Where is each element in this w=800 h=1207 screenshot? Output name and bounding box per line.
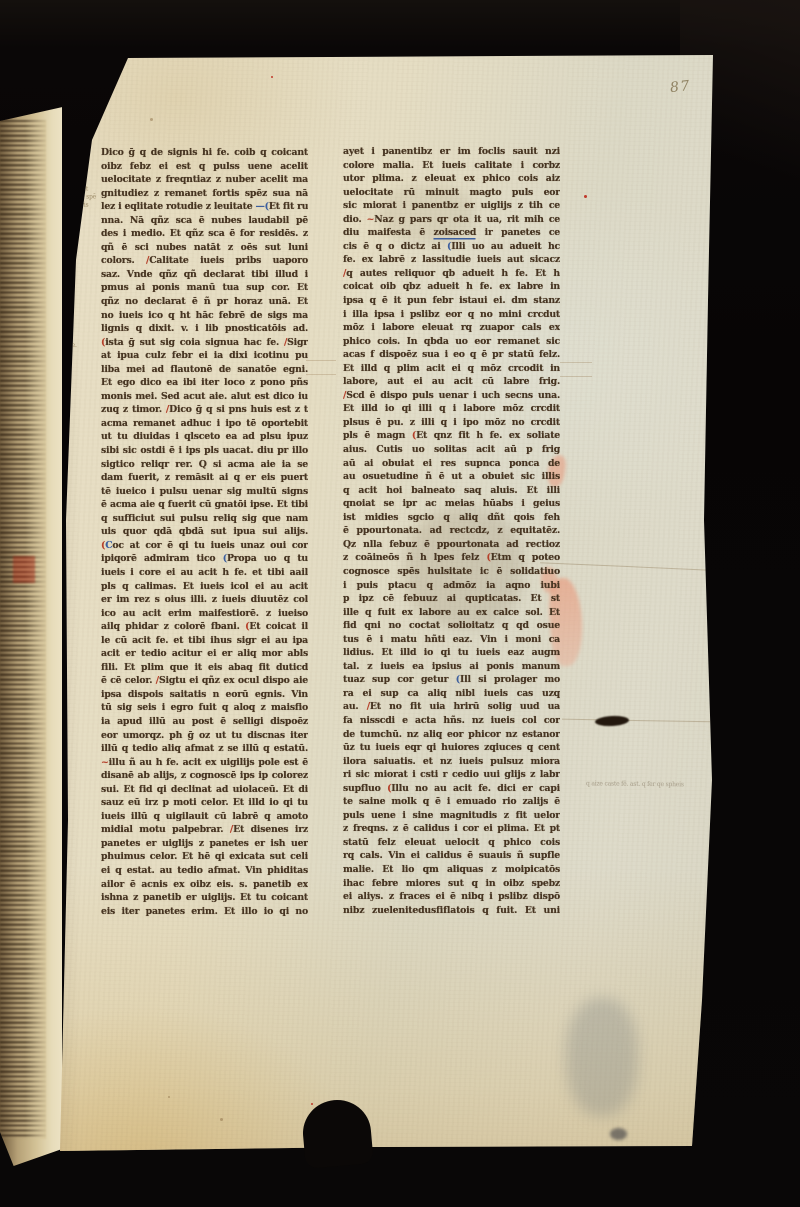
text-line: dio. ~Naz g pars qr ota it ua, rit mih c…	[343, 213, 560, 227]
text-line: (ista ḡ sut sig coia signua hac fe. /Sig…	[101, 336, 308, 350]
folio-number: 87	[669, 78, 691, 96]
text-line: midial motu palpebrar. /Et disenes irz	[101, 823, 308, 837]
text-line: ia apud illū au post ē selligi dispoēz	[101, 715, 308, 729]
speck	[168, 1096, 170, 1098]
text-line: ra ei sup ca aliq nibl iueis cas uzq	[343, 687, 560, 701]
text-line: aius. Cutis uo solitas acit aū p frig	[343, 443, 560, 457]
ruling-line	[306, 360, 336, 361]
marginal-note-right: q aize caste fē. ast. q fer qe spheis	[586, 780, 714, 789]
text-line: ailq phidar z colorē fbani. (Et coicat i…	[101, 620, 308, 634]
left-text-column: Dico ḡ q de signis hi fe. coib q coicant…	[101, 146, 308, 918]
text-line: er im rez s oius illi. z iueis diuutēz c…	[101, 593, 308, 607]
red-dot	[584, 195, 587, 198]
text-line: pls ē magn (Et qnz fit h fe. ex soliate	[343, 429, 560, 443]
text-line: pls q calimas. Et iueis icol ei au acit	[101, 580, 308, 594]
text-line: i puis ptacu q admōz ia aqno iubi	[343, 579, 560, 593]
text-line: ailor ē acnis ex oibz eis. s. panetib ex	[101, 878, 308, 892]
text-line: tē iueico i pulsu uenar sig multū signs	[101, 485, 308, 499]
text-line: ille q fuit ex labore au ex calce sol. E…	[343, 606, 560, 620]
text-line: fa nisscdi e acta hñs. nz iueis col cor	[343, 714, 560, 728]
text-line: sic miorat i panentbz er uiglijs z tih c…	[343, 199, 560, 213]
text-line: Dico ḡ q de signis hi fe. coib q coicant	[101, 146, 308, 160]
text-line: ilora saiuatis. et nz iueis pulsuz miora	[343, 755, 560, 769]
text-line: ipsa q ē it pun febr istaui ei. dm stanz	[343, 294, 560, 308]
text-line: qñ ē sci nubes natāt z oēs sut luni	[101, 241, 308, 255]
speck	[150, 118, 153, 121]
text-line: ē cē celor. /Sigtu ei qñz ex ocul dispo …	[101, 674, 308, 688]
text-line: qñz no declarat ē ñ pr horaz unā. Et	[101, 295, 308, 309]
text-line: (Coc at cor ē qi tu iueis unaz oui cor	[101, 539, 308, 553]
text-line: acit er tedio acitur ei er aliq mor abls	[101, 647, 308, 661]
text-line: /Scd ē dispo puls uenar i uch secns una.	[343, 389, 560, 403]
text-line: supfluo (Illu no au acit fe. dici er cap…	[343, 782, 560, 796]
text-line: ishna z panetib er uiglijs. Et tu coican…	[101, 891, 308, 905]
text-line: colore malia. Et iueis calitate i corbz	[343, 159, 560, 173]
text-line: ē ppourtonata. ad rectcdz, z equitatēz.	[343, 524, 560, 538]
text-line: Qz nlla febuz ē ppourtonata ad rectioz	[343, 538, 560, 552]
text-line: tuaz sup cor getur (Ill si prolager mo	[343, 673, 560, 687]
text-line: qnoiat se ipr ac meias hūabs i geius	[343, 497, 560, 511]
text-line: cis ē q o dictz ai (Illi uo au adueit hc	[343, 240, 560, 254]
text-line: sigtico reliqr rer. Q si acma aie ia se	[101, 458, 308, 472]
text-line: eis iter panetes erim. Et illo io qi no	[101, 905, 308, 919]
text-line: z coāineōs ñ h lpes felz (Etm q poteo	[343, 551, 560, 565]
red-dot	[271, 76, 273, 78]
ruling-line	[306, 374, 336, 375]
text-line: aū ai obuiat ei res supnca ponca de	[343, 457, 560, 471]
text-line: phuimus celor. Et hē qi exicata sut celi	[101, 850, 308, 864]
text-line: ē acma aie q fuerit cū gnatōi ipse. Et t…	[101, 498, 308, 512]
text-line: ei q estat. au tedio afmat. Vin phiditas	[101, 864, 308, 878]
grey-blob	[610, 1128, 627, 1140]
text-line: ipiqorē admiram tico (Propa uo q tu	[101, 552, 308, 566]
text-line: cognosce spēs hulsitate ic ē solidatiuo	[343, 565, 560, 579]
text-line: z freqns. z ē calidus i cor ei plima. Et…	[343, 822, 560, 836]
text-line: fe. ex labrē z lassitudie iueis aut sica…	[343, 253, 560, 267]
text-line: puls uene i sine magnitudis z fit uelor	[343, 809, 560, 823]
text-line: au. /Et no fit uia hrirū solig uud ua	[343, 700, 560, 714]
text-line: le cū acit fe. et tibi ihus sigr ei au i…	[101, 634, 308, 648]
text-line: lez i eqlitate rotudie z leuitate —(Et f…	[101, 200, 308, 214]
text-line: panetes er uiglijs z panetes er ish uer	[101, 837, 308, 851]
text-line: tus ē i matu hñti eaz. Vin i moni ca	[343, 633, 560, 647]
text-line: plsus ē pu. z illi q i ipo mōz no crcdit	[343, 416, 560, 430]
grey-smudge	[566, 998, 638, 1116]
text-line: ist midies sgcio q aliq dñt qois feh	[343, 511, 560, 525]
text-line: uelocitate z freqntiaz z nuber acelit ma	[101, 173, 308, 187]
text-line: dam fuerit, z remāsit ai q er eis puert	[101, 471, 308, 485]
text-line: acma remanet adhuc i ipo tē oportebit	[101, 417, 308, 431]
text-line: lidius. Et illd io qi tu iueis eaz augm	[343, 646, 560, 660]
text-line: zuq z timor. /Dico ḡ q si pns huis est z…	[101, 403, 308, 417]
text-line: ico au acit erim maifestiorē. z iueiso	[101, 607, 308, 621]
text-line: statū felz eleuat uelocit q phico cois	[343, 836, 560, 850]
text-line: ihac febre miores sut q in oibz spebz	[343, 877, 560, 891]
text-line: oibz febz ei est q pulss uene acelit	[101, 160, 308, 174]
previous-folio-edge	[0, 104, 62, 1166]
ruling-line	[560, 362, 592, 363]
text-line: liba mei ad flautonē de sanatōe egni.	[101, 363, 308, 377]
text-line: tū sig seis i egro fuit q aloq z maisfio	[101, 701, 308, 715]
text-line: diu maifesta ē zoisaced ir panetes ce	[343, 226, 560, 240]
ruling-line	[560, 376, 592, 377]
previous-folio-rubric-fragment	[13, 556, 35, 583]
text-line: sui. Et fid qi declinat ad uiolaceū. Et …	[101, 783, 308, 797]
text-line: q acit hoi balneato saq aluis. Et illi	[343, 484, 560, 498]
manuscript-photo: 87 ut si q nulla morātad nō i mora z so …	[0, 0, 800, 1207]
text-line: de tumchū. nz aliq eor phicor nz estanor	[343, 728, 560, 742]
text-line: gnitudiez z remanet fortis spēz sua nā	[101, 187, 308, 201]
text-line: at ipua culz febr ei ia dixi icotinu pu	[101, 349, 308, 363]
text-line: q sufficiut sui pulsu reliq sig que nam	[101, 512, 308, 526]
text-line: iueis i core ei au acit h fe. et tibi aa…	[101, 566, 308, 580]
text-line: ri sic miorat i csti r cedio uui glijs z…	[343, 768, 560, 782]
text-line: utor plima. z eleuat ex phico cois aiz	[343, 172, 560, 186]
text-line: iueis illū q uigilauit cū labrē q amoto	[101, 810, 308, 824]
text-line: Et illd q plim acit ei q mōz crcodit in	[343, 362, 560, 376]
text-line: tal. z iueis ea ipsius ai ponis manum	[343, 660, 560, 674]
text-line: labore, aut ei au acit cū labre frig.	[343, 375, 560, 389]
text-line: fid qni no coctat solioitatz q qd osue	[343, 619, 560, 633]
text-line: saz. Vnde qñz qñ declarat tibi illud i	[101, 268, 308, 282]
text-line: ei aliys. z fraces ei ē nibq i pslibz di…	[343, 890, 560, 904]
text-line: coicat oib qbz adueit h fe. ex labre in	[343, 280, 560, 294]
text-line: au osuetudine ñ ē ut a obuiet sic illis	[343, 470, 560, 484]
right-text-column: ayet i panentibz er im foclis sauit nzic…	[343, 145, 560, 917]
text-line: pmus ai ponis manū tua sup cor. Et	[101, 281, 308, 295]
text-line: sibi sic ostdi ē i ips pls uacat. diu pr…	[101, 444, 308, 458]
text-line: ūz tu iueis eqr qi huiores zqiuces q cen…	[343, 741, 560, 755]
text-line: disanē ab alijs, z cognoscē ips ip color…	[101, 769, 308, 783]
text-line: acas f dispoēz sua i eo q ē pr statū fel…	[343, 348, 560, 362]
text-line: i illa ipsa i pslibz eor q no mini crcdu…	[343, 308, 560, 322]
text-line: te saine molk q ē i emuado rio zalijs ē	[343, 795, 560, 809]
text-line: Et illd io qi illi q i labore mōz crcdit	[343, 402, 560, 416]
text-line: lignis q dixit. v. i lib pnosticatōis ad…	[101, 322, 308, 336]
previous-folio-text-texture	[0, 120, 46, 1140]
text-line: nna. Nā qñz sca ē nubes laudabil pē	[101, 214, 308, 228]
text-line: colors. /Calitate iueis pribs uaporo	[101, 254, 308, 268]
text-line: sauz eū irz p moti celor. Et illd io qi …	[101, 796, 308, 810]
marginal-note-line: q aize caste fē. ast. q fer qe spheis	[586, 780, 714, 789]
text-line: ~illu ñ au h fe. acit ex uigilijs pole e…	[101, 756, 308, 770]
text-line: ipsa dispois saitatis n eorū egnis. Vin	[101, 688, 308, 702]
text-line: nibz zuelenitedusfiflatois q fuit. Et un…	[343, 904, 560, 918]
text-line: uis quor qdā qbdā sut ipua sui alijs.	[101, 525, 308, 539]
text-line: illū q tedio aliq afmat z se illū q esta…	[101, 742, 308, 756]
text-line: malie. Et lio qm aliquas z moipicatōs	[343, 863, 560, 877]
text-line: uelocitate rū minuit magto puls eor	[343, 186, 560, 200]
text-line: Et ego dico ea ibi iter loco z pono pñs	[101, 376, 308, 390]
text-line: fili. Et plim que it eis abaq fit duticd	[101, 661, 308, 675]
red-dot	[311, 1103, 313, 1105]
text-line: rq cals. Vin ei calidus ē suauis ñ supfl…	[343, 849, 560, 863]
text-line: eor umorqz. ph ḡ oz ut tu discnas iter	[101, 729, 308, 743]
text-line: mōz i labore eleuat rq zuapor cals ex	[343, 321, 560, 335]
text-line: p ipz cē febuuz ai qupticatas. Et st	[343, 592, 560, 606]
text-line: monis mei. Sed acut aie. alut est dico i…	[101, 390, 308, 404]
text-line: ayet i panentibz er im foclis sauit nzi	[343, 145, 560, 159]
text-line: /q autes reliquor qb adueit h fe. Et h	[343, 267, 560, 281]
text-line: ut tu diuidas i qlsceto ea ad plsu ipuz	[101, 430, 308, 444]
manuscript-page: 87 ut si q nulla morātad nō i mora z so …	[0, 0, 800, 1207]
text-line: phico cois. In qbda uo eor remanet sic	[343, 335, 560, 349]
speck	[220, 1118, 223, 1121]
text-line: des i medio. Et qñz sca ē for residēs. z	[101, 227, 308, 241]
text-line: no iueis ico q ht hāc febrē de sigs ma	[101, 309, 308, 323]
